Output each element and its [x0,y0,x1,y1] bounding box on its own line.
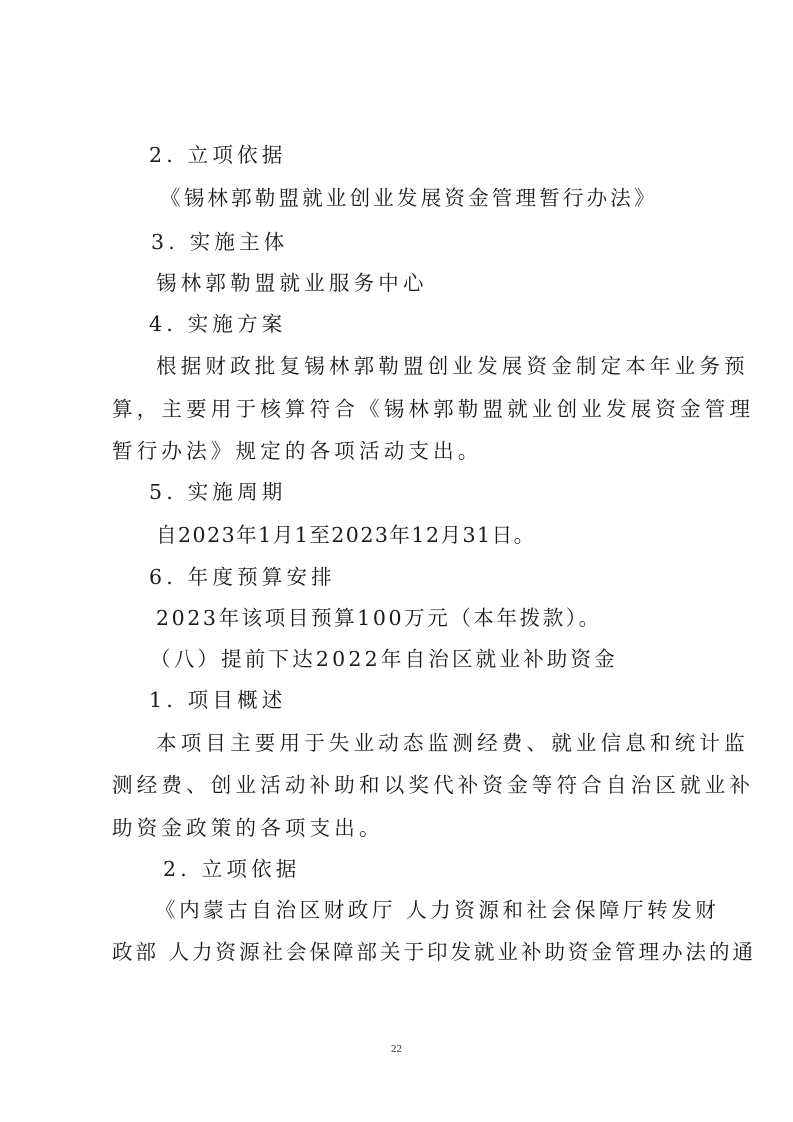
section-heading-8: （八）提前下达2022年自治区就业补助资金 [150,646,618,672]
paragraph-basis-2-line-1: 《内蒙古自治区财政厅 人力资源和社会保障厅转发财 [155,897,719,923]
heading-basis: 2. 立项依据 [149,142,286,168]
heading-basis-2: 2. 立项依据 [163,856,300,882]
heading-implementation-plan: 4. 实施方案 [149,311,286,337]
heading-project-overview: 1. 项目概述 [149,687,286,713]
paragraph-period: 自2023年1月1至2023年12月31日。 [156,522,536,548]
paragraph-overview-line-3: 助资金政策的各项支出。 [112,815,384,841]
page-number: 22 [0,1043,793,1055]
paragraph-plan-line-2: 算，主要用于核算符合《锡林郭勒盟就业创业发展资金管理 [112,396,754,422]
paragraph-plan-line-1: 根据财政批复锡林郭勒盟创业发展资金制定本年业务预 [156,353,749,379]
paragraph-overview-line-1: 本项目主要用于失业动态监测经费、就业信息和统计监 [156,730,749,756]
heading-implementation-period: 5. 实施周期 [149,479,286,505]
paragraph-basis-2-line-2: 政部 人力资源社会保障部关于印发就业补助资金管理办法的通 [112,939,756,965]
paragraph-plan-line-3: 暂行办法》规定的各项活动支出。 [112,438,483,464]
paragraph-basis-text: 《锡林郭勒盟就业创业发展资金管理暂行办法》 [160,185,658,211]
heading-implementing-body: 3. 实施主体 [151,229,288,255]
paragraph-overview-line-2: 测经费、创业活动补助和以奖代补资金等符合自治区就业补 [112,772,754,798]
paragraph-implementing-body: 锡林郭勒盟就业服务中心 [156,270,428,296]
heading-annual-budget: 6. 年度预算安排 [149,564,336,590]
paragraph-annual-budget: 2023年该项目预算100万元（本年拨款）。 [156,605,602,631]
